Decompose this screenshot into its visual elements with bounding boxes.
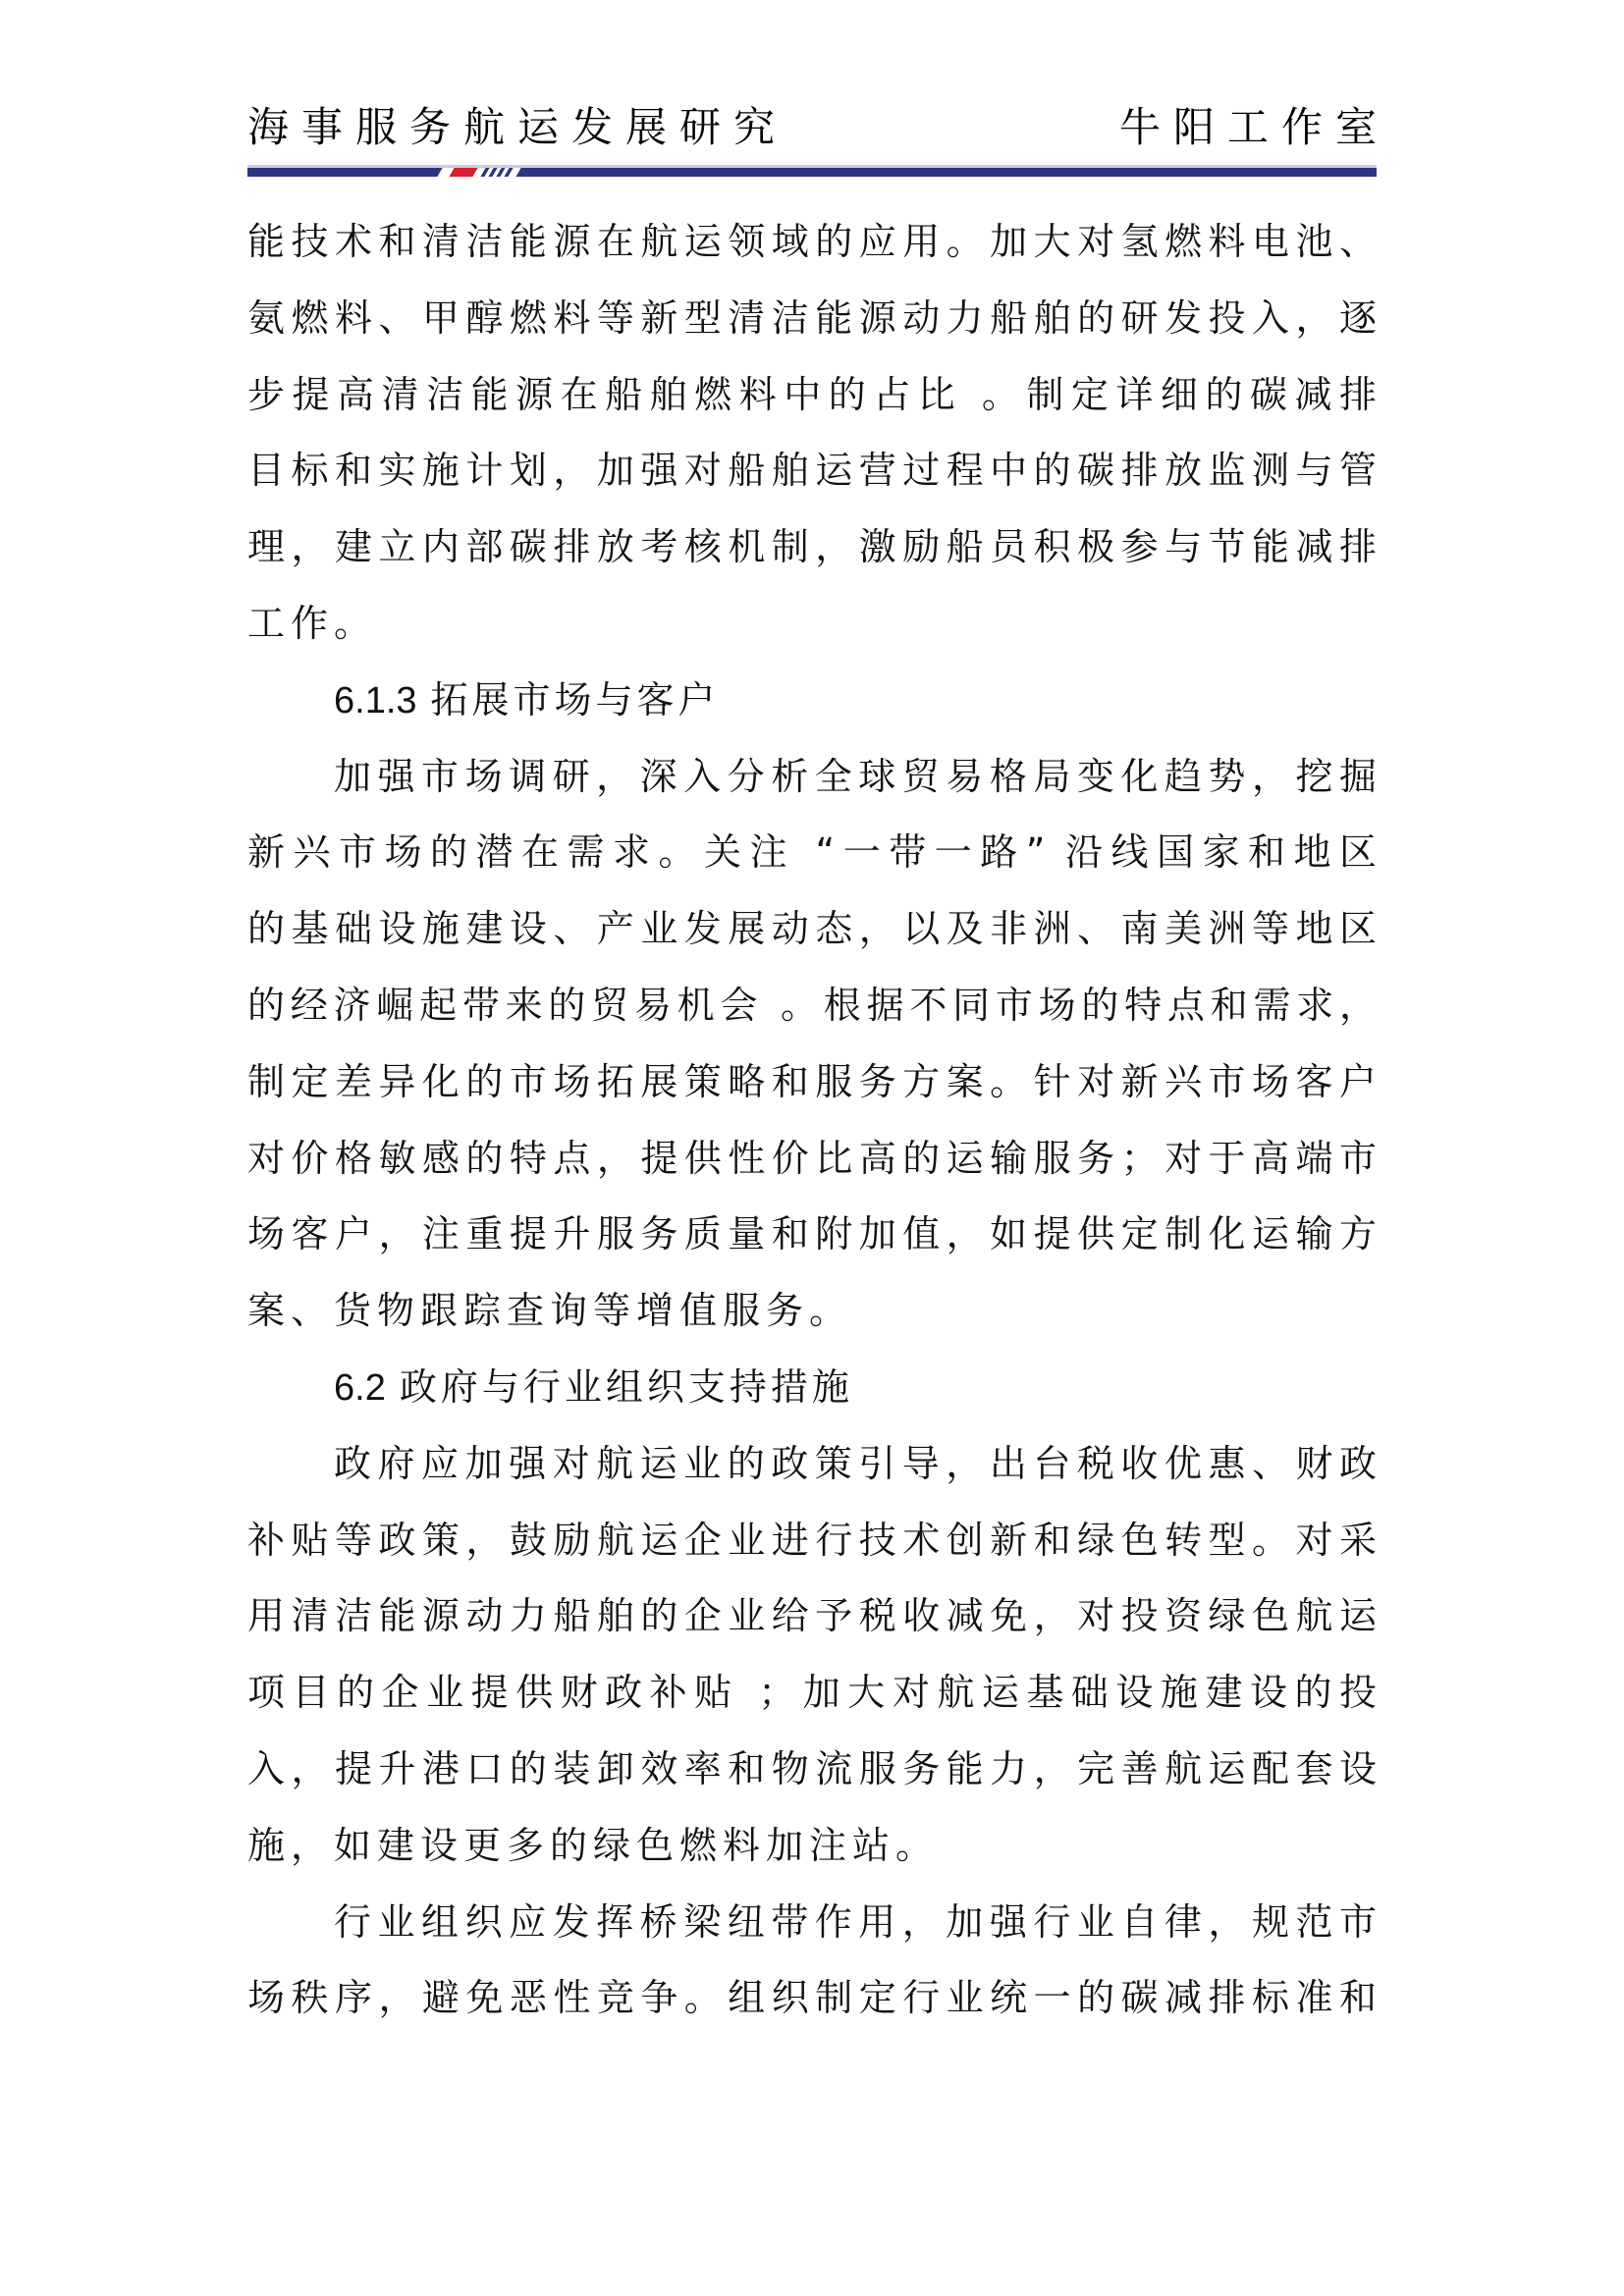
text-line: 施，如建设更多的绿色燃料加注站。: [247, 1808, 1377, 1885]
paragraph-3: 政府应加强对航运业的政策引导，出台税收优惠、财政 补贴等政策，鼓励航运企业进行技…: [247, 1426, 1377, 1885]
text-line: 入，提升港口的装卸效率和物流服务能力，完善航运配套设: [247, 1732, 1377, 1808]
text-line: 项目的企业提供财政补贴 ；加大对航运基础设施建设的投: [247, 1655, 1377, 1732]
text-line: 目标和实施计划，加强对船舶运营过程中的碳排放监测与管: [247, 433, 1377, 509]
paragraph-1: 能技术和清洁能源在航运领域的应用。加大对氢燃料电池、 氨燃料、甲醇燃料等新型清洁…: [247, 204, 1377, 663]
section-title: 拓展市场与客户: [431, 678, 720, 721]
text-line: 工作。: [247, 586, 1377, 663]
text-line: 对价格敏感的特点，提供性价比高的运输服务；对于高端市: [247, 1121, 1377, 1198]
text-line: 案、货物跟踪查询等增值服务。: [247, 1273, 1377, 1350]
text-line: 理，建立内部碳排放考核机制，激励船员积极参与节能减排: [247, 509, 1377, 586]
text-line: 用清洁能源动力船舶的企业给予税收减免，对投资绿色航运: [247, 1578, 1377, 1655]
text-line: 场秩序，避免恶性竞争。组织制定行业统一的碳减排标准和: [247, 1960, 1377, 2037]
text-line: 的经济崛起带来的贸易机会 。根据不同市场的特点和需求，: [247, 968, 1377, 1044]
text-line: 加强市场调研，深入分析全球贸易格局变化趋势，挖掘: [247, 739, 1377, 816]
text-line: 政府应加强对航运业的政策引导，出台税收优惠、财政: [247, 1426, 1377, 1503]
header-studio-name: 牛阳工作室: [1119, 102, 1389, 153]
section-number: 6.2: [334, 1367, 386, 1409]
text-line: 的基础设施建设、产业发展动态，以及非洲、南美洲等地区: [247, 891, 1377, 968]
text-line: 补贴等政策，鼓励航运企业进行技术创新和绿色转型。对采: [247, 1503, 1377, 1579]
document-body: 能技术和清洁能源在航运领域的应用。加大对氢燃料电池、 氨燃料、甲醇燃料等新型清洁…: [247, 204, 1377, 2037]
section-number: 6.1.3: [334, 680, 417, 721]
section-heading-6-1-3: 6.1.3拓展市场与客户: [247, 663, 1377, 739]
paragraph-4: 行业组织应发挥桥梁纽带作用，加强行业自律，规范市 场秩序，避免恶性竞争。组织制定…: [247, 1885, 1377, 2038]
header-rule: [247, 168, 1377, 177]
page-header: 海事服务航运发展研究 牛阳工作室: [247, 102, 1377, 153]
text-line: 步提高清洁能源在船舶燃料中的占比 。制定详细的碳减排: [247, 357, 1377, 434]
header-title: 海事服务航运发展研究: [247, 102, 787, 153]
section-heading-6-2: 6.2政府与行业组织支持措施: [247, 1350, 1377, 1426]
text-line: 制定差异化的市场拓展策略和服务方案。针对新兴市场客户: [247, 1044, 1377, 1121]
text-line: 新兴市场的潜在需求。关注 “一带一路” 沿线国家和地区: [247, 815, 1377, 891]
text-line: 氨燃料、甲醇燃料等新型清洁能源动力船舶的研发投入，逐: [247, 281, 1377, 357]
section-title: 政府与行业组织支持措施: [400, 1365, 853, 1409]
paragraph-2: 加强市场调研，深入分析全球贸易格局变化趋势，挖掘 新兴市场的潜在需求。关注 “一…: [247, 739, 1377, 1350]
text-line: 能技术和清洁能源在航运领域的应用。加大对氢燃料电池、: [247, 204, 1377, 281]
text-line: 场客户，注重提升服务质量和附加值，如提供定制化运输方: [247, 1197, 1377, 1273]
text-line: 行业组织应发挥桥梁纽带作用，加强行业自律，规范市: [247, 1885, 1377, 1961]
